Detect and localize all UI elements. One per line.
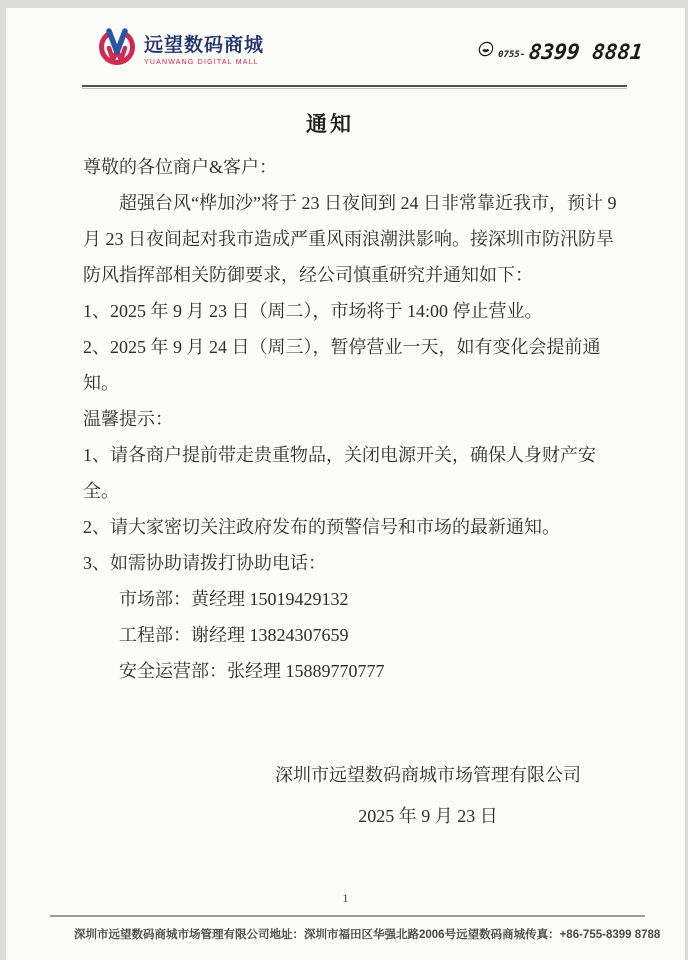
phone-number: 8399 8881 [528, 40, 644, 64]
page-footer: 1 深圳市远望数码商城市场管理有限公司 地址：深圳市福田区华强北路2006号远望… [6, 891, 685, 942]
footer-company: 深圳市远望数码商城市场管理有限公司 [74, 926, 270, 942]
logo-name: 远望数码商城 [144, 36, 264, 57]
tip-item-1: 1、请各商户提前带走贵重物品，关闭电源开关，确保人身财产安全。 [83, 437, 621, 509]
decision-item-1: 1、2025 年 9 月 23 日（周二），市场将于 14:00 停止营业。 [83, 293, 621, 329]
phone-area-code: 0755- [498, 50, 525, 60]
logo-text: 远望数码商城 YUANWANG DIGITAL MALL [144, 36, 264, 67]
intro-paragraph: 超强台风“桦加沙”将于 23 日夜间到 24 日非常靠近我市，预计 9 月 23… [83, 185, 621, 293]
tip-item-3: 3、如需协助请拨打协助电话： [83, 545, 621, 581]
contact-engineering-dept: 工程部：谢经理 13824307659 [83, 617, 621, 653]
contact-market-dept: 市场部：黄经理 15019429132 [83, 581, 621, 617]
notice-body: 通知 尊敬的各位商户&客户： 超强台风“桦加沙”将于 23 日夜间到 24 日非… [6, 89, 685, 836]
footer-fax: 传真：+86-755-8399 8788 [525, 926, 660, 942]
header-phone: 0755- 8399 8881 [478, 40, 643, 64]
tips-heading: 温馨提示： [83, 401, 621, 437]
signature-company: 深圳市远望数码商城市场管理有限公司 [275, 755, 581, 796]
page-number: 1 [6, 891, 685, 906]
footer-info-row: 深圳市远望数码商城市场管理有限公司 地址：深圳市福田区华强北路2006号远望数码… [6, 917, 685, 942]
signature-date: 2025 年 9 月 23 日 [275, 796, 581, 837]
page-title: 通知 [83, 103, 577, 145]
footer-address: 地址：深圳市福田区华强北路2006号远望数码商城 [270, 926, 526, 942]
contact-safety-dept: 安全运营部：张经理 15889770777 [83, 653, 621, 689]
phone-icon [478, 41, 494, 62]
decision-item-2: 2、2025 年 9 月 24 日（周三），暂停营业一天，如有变化会提前通知。 [83, 329, 621, 401]
signature-block: 深圳市远望数码商城市场管理有限公司 2025 年 9 月 23 日 [275, 755, 581, 836]
tip-item-2: 2、请大家密切关注政府发布的预警信号和市场的最新通知。 [83, 509, 621, 545]
header: 远望数码商城 YUANWANG DIGITAL MALL 0755- 8399 … [6, 8, 685, 83]
logo-mark-icon [98, 28, 136, 75]
greeting: 尊敬的各位商户&客户： [83, 149, 621, 185]
logo-subtitle: YUANWANG DIGITAL MALL [144, 59, 264, 67]
notice-page: 远望数码商城 YUANWANG DIGITAL MALL 0755- 8399 … [6, 8, 685, 960]
company-logo: 远望数码商城 YUANWANG DIGITAL MALL [98, 28, 264, 75]
